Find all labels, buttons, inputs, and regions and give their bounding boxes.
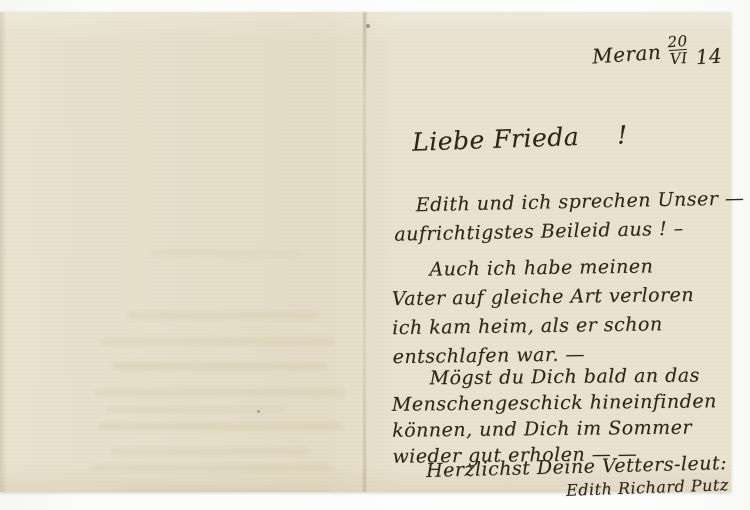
bleed-through-mark — [128, 312, 318, 319]
bleed-through-mark — [95, 389, 345, 396]
bleed-through-mark — [150, 250, 300, 257]
letter-line: ich kam heim, als er schon — [392, 310, 695, 343]
dateline-month: VI — [669, 49, 688, 67]
paper-speck — [257, 410, 260, 413]
salutation-punctuation: ! — [617, 120, 629, 149]
signature: Edith Richard Putz — [566, 475, 729, 500]
bleed-through-mark — [100, 338, 335, 345]
dateline-place: Meran — [591, 40, 662, 69]
letter-line: Vater auf gleiche Art verloren — [392, 281, 695, 314]
salutation-text: Liebe Frieda — [412, 122, 580, 157]
bleed-through-mark — [92, 464, 332, 471]
dateline-day: 20 — [667, 34, 688, 50]
dateline-date-fraction: 20 VI — [667, 34, 689, 67]
fold-crease — [363, 12, 367, 492]
bleed-through-mark — [120, 487, 330, 492]
left-page-blank — [0, 12, 363, 492]
letter-line: Menschengeschick hineinfinden — [392, 388, 717, 417]
bleed-through-mark — [112, 363, 327, 370]
paragraph-own-loss: Auch ich habe meinen Vater auf gleiche A… — [391, 252, 695, 372]
bleed-through-mark — [98, 423, 343, 430]
paragraph-condolence: Edith und ich sprechen Unser — aufrichti… — [393, 184, 745, 249]
letter-paper: Meran 20 VI 14 Liebe Frieda! Edith und i… — [0, 12, 731, 492]
letter-line: können, und Dich im Sommer — [392, 414, 717, 443]
paper-speck — [366, 24, 370, 28]
letter-line: Mögst du Dich bald an das — [429, 362, 716, 391]
salutation: Liebe Frieda! — [412, 120, 629, 157]
dateline: Meran 20 VI 14 — [591, 32, 723, 73]
bleed-through-mark — [110, 448, 310, 455]
letter-scan: Meran 20 VI 14 Liebe Frieda! Edith und i… — [0, 0, 750, 510]
dateline-year: 14 — [695, 43, 723, 69]
letter-line: aufrichtigstes Beileid aus ! – — [394, 213, 745, 249]
letter-line: Auch ich habe meinen — [429, 252, 694, 285]
